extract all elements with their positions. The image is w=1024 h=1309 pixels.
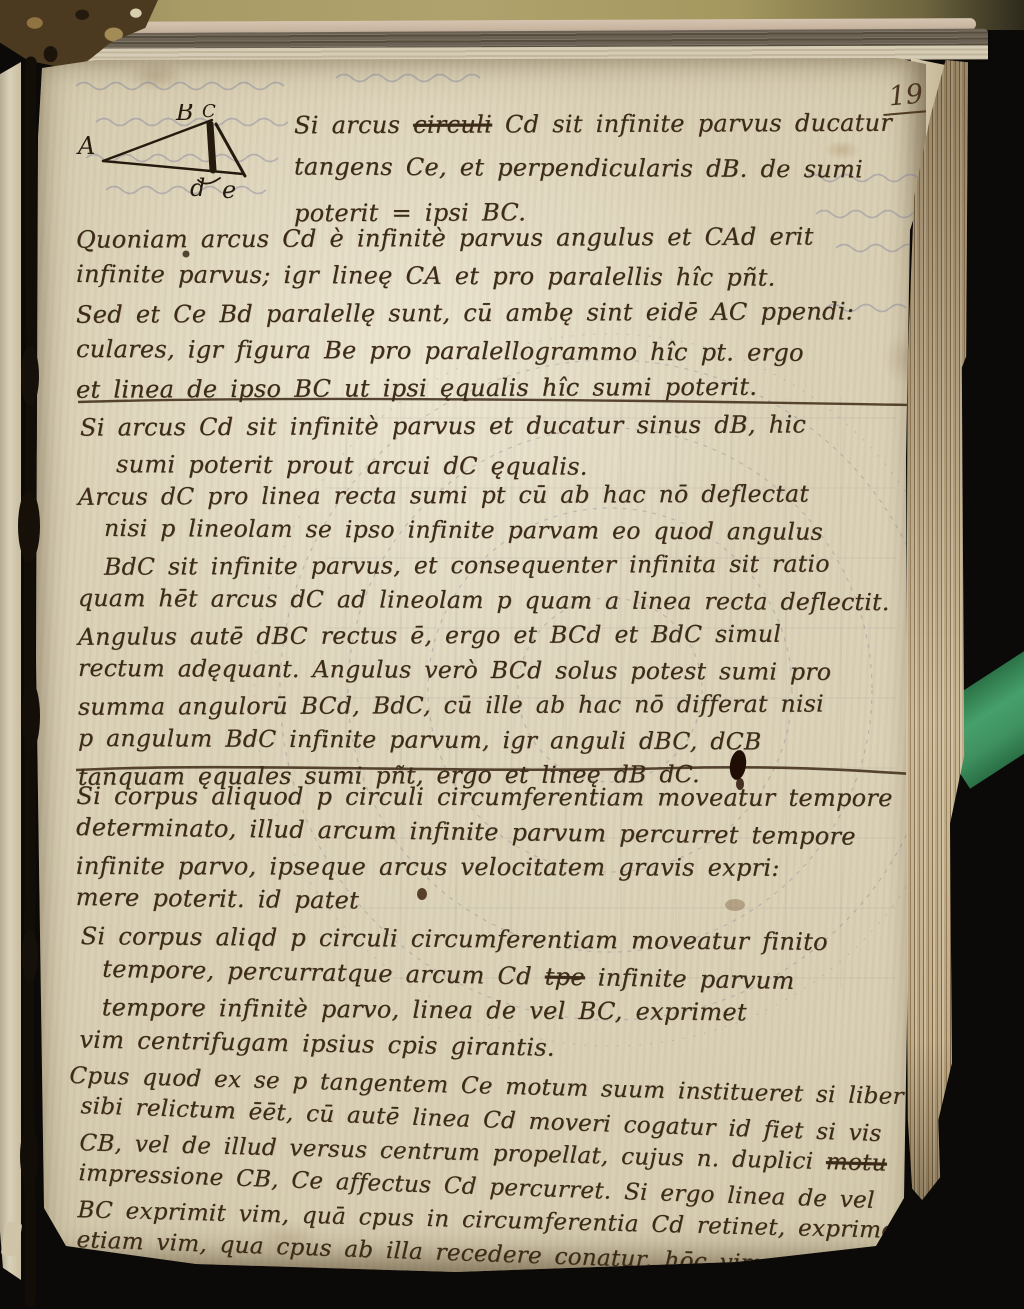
manuscript-line: Arcus dC pro linea recta sumi pt cū ab h…: [78, 476, 890, 515]
manuscript-line: summa angulorū BCd, BdC, cū ille ab hac …: [78, 686, 890, 725]
manuscript-line: Angulus autē dBC rectus ē, ergo et BCd e…: [78, 616, 890, 655]
manuscript-line: tangens Ce, et perpendicularis dB. de su…: [294, 144, 892, 191]
manuscript-line: Si arcus Cd sit infinitè parvus et ducat…: [80, 404, 806, 447]
text-block-proof-2: Arcus dC pro linea recta sumi pt cū ab h…: [78, 478, 890, 793]
line-part: Si arcus: [294, 111, 413, 140]
manuscript-line: Si corpus aliquod p circuli circumferent…: [76, 779, 892, 816]
manuscript-line: infinite parvus; igr lineę CA et pro par…: [76, 255, 854, 297]
line-part: tempore, percurratque arcum Cd: [102, 954, 545, 990]
manuscript-line: infinite parvo, ipseque arcus velocitate…: [76, 849, 892, 886]
text-block-proposition-4: Si corpus aliqd p circuli circumferentia…: [79, 917, 828, 1068]
manuscript-scan: A B C d e 19 Si arcus circuli Cd sit inf…: [0, 0, 1024, 1309]
struck-word: circuli: [413, 110, 492, 138]
manuscript-line: Quoniam arcus Cd è infinitè parvus angul…: [76, 218, 854, 259]
struck-word: tpe: [545, 962, 586, 991]
manuscript-line: Si arcus circuli Cd sit infinite parvus …: [294, 101, 892, 148]
text-block-proposition-3: Si corpus aliquod p circuli circumferent…: [76, 777, 893, 923]
diagram-label-A: A: [76, 132, 95, 160]
text-block-proposition-2: Si arcus Cd sit infinitè parvus et ducat…: [80, 406, 806, 486]
manuscript-line: culares, igr figura Be pro paralellogram…: [76, 330, 854, 372]
page-number: 19: [881, 78, 932, 116]
manuscript-line: quam hēt arcus dC ad lineolam p quam a l…: [78, 581, 890, 620]
binding-gutter: [12, 56, 52, 1309]
text-block-proof-4: Cpus quod ex se p tangentem Ce motum suu…: [64, 1058, 926, 1284]
struck-word: motu: [826, 1149, 888, 1177]
diagram-label-C: C: [202, 104, 216, 122]
diagram-label-e: e: [222, 176, 236, 204]
text-block-proof-1: Quoniam arcus Cd è infinitè parvus angul…: [76, 220, 854, 408]
line-part: infinite parvum: [585, 963, 795, 995]
manuscript-line: BdC sit infinite parvus, et consequenter…: [104, 546, 890, 584]
text-block-proposition-1: Si arcus circuli Cd sit infinite parvus …: [294, 102, 892, 234]
manuscript-line: nisi p lineolam se ipso infinite parvam …: [104, 511, 890, 550]
fore-edge-page-stack: [906, 60, 968, 1200]
manuscript-line: et linea de ipso BC ut ipsi ęqualis hîc …: [76, 368, 854, 409]
line-part: Cd sit infinite parvus ducatur: [492, 109, 892, 139]
diagram-label-B: B: [175, 104, 194, 126]
manuscript-line: p angulum BdC infinite parvum, igr angul…: [78, 721, 890, 760]
diagram-label-d: d: [190, 174, 205, 202]
manuscript-page: A B C d e 19 Si arcus circuli Cd sit inf…: [36, 58, 926, 1272]
manuscript-line: rectum adęquant. Angulus verò BCd solus …: [78, 651, 890, 690]
manuscript-line: determinato, illud arcum infinite parvum…: [76, 810, 893, 855]
manuscript-line: Sed et Ce Bd paralellę sunt, cū ambę sin…: [76, 293, 854, 334]
